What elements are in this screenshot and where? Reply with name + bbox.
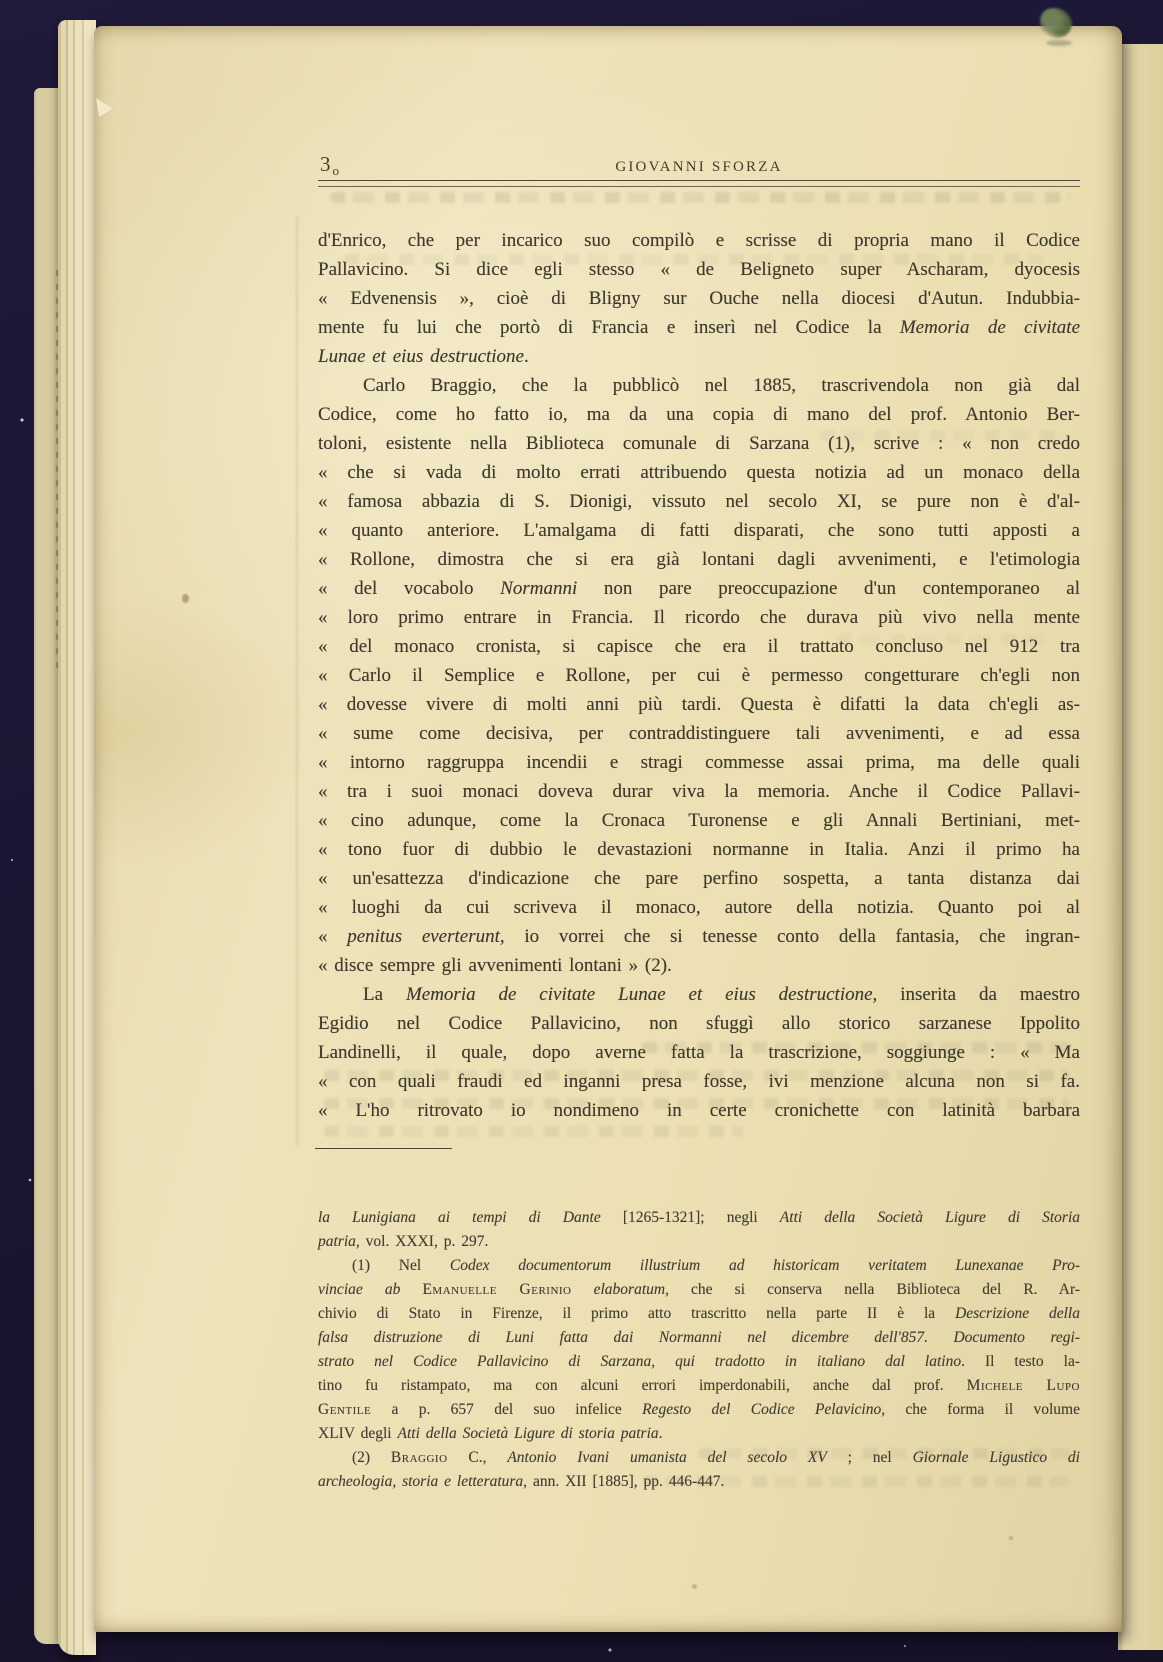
text-line: Carlo Braggio, che la pubblicò nel 1885,… xyxy=(318,371,1080,400)
text-line: strato nel Codice Pallavicino di Sarzana… xyxy=(318,1350,1080,1374)
text-line: d'Enrico, che per incarico suo compilò e… xyxy=(318,226,1080,255)
text-line: « Rollone, dimostra che si era già lonta… xyxy=(318,545,1080,574)
body-text: d'Enrico, che per incarico suo compilò e… xyxy=(318,226,1080,1125)
text-line: Pallavicino. Si dice egli stesso « de Be… xyxy=(318,255,1080,284)
text-line: Lunae et eius destructione. xyxy=(318,342,1080,371)
text-line: Landinelli, il quale, dopo averne fatta … xyxy=(318,1038,1080,1067)
text-line: (1) Nel Codex documentorum illustrium ad… xyxy=(318,1254,1080,1278)
next-page-edge-right xyxy=(1118,44,1163,1650)
text-line: archeologia, storia e letteratura, ann. … xyxy=(318,1470,1080,1494)
text-line: toloni, esistente nella Biblioteca comun… xyxy=(318,429,1080,458)
text-line: « famosa abbazia di S. Dionigi, vissuto … xyxy=(318,487,1080,516)
text-line: « Carlo il Semplice e Rollone, per cui è… xyxy=(318,661,1080,690)
running-title: GIOVANNI SFORZA xyxy=(318,159,1080,176)
text-line: « disce sempre gli avvenimenti lontani »… xyxy=(318,951,1080,980)
text-line: (2) Braggio C., Antonio Ivani umanista d… xyxy=(318,1446,1080,1470)
text-line: « penitus everterunt, io vorrei che si t… xyxy=(318,922,1080,951)
text-line: mente fu lui che portò di Francia e inse… xyxy=(318,313,1080,342)
text-line: « intorno raggruppa incendii e stragi co… xyxy=(318,748,1080,777)
text-line: patria, vol. XXXI, p. 297. xyxy=(318,1230,1080,1254)
text-line: « quanto anteriore. L'amalgama di fatti … xyxy=(318,516,1080,545)
dog-ear xyxy=(96,98,113,117)
text-line: vinciae ab Emanuelle Gerinio elaboratum,… xyxy=(318,1278,1080,1302)
text-line: Codice, come ho fatto io, ma da una copi… xyxy=(318,400,1080,429)
text-line: Egidio nel Codice Pallavicino, non sfugg… xyxy=(318,1009,1080,1038)
text-line: « dovesse vivere di molti anni più tardi… xyxy=(318,690,1080,719)
bleed-through-mark xyxy=(330,192,1070,203)
page-edge-stack-left xyxy=(58,20,96,1655)
page-header: 3o GIOVANNI SFORZA xyxy=(318,150,1080,184)
text-line: la Lunigiana ai tempi di Dante [1265-132… xyxy=(318,1206,1080,1230)
book-page: 3o GIOVANNI SFORZA d'Enrico, che per inc… xyxy=(94,26,1122,1632)
text-line: La Memoria de civitate Lunae et eius des… xyxy=(318,980,1080,1009)
bleed-through-mark xyxy=(324,1126,744,1137)
text-line: « tra i suoi monaci doveva durar viva la… xyxy=(318,777,1080,806)
green-stain xyxy=(1040,8,1072,38)
text-line: « un'esattezza d'indicazione che pare pe… xyxy=(318,864,1080,893)
text-line: XLIV degli Atti della Società Ligure di … xyxy=(318,1422,1080,1446)
book-scan: 3o GIOVANNI SFORZA d'Enrico, che per inc… xyxy=(0,0,1163,1662)
footnote-text: la Lunigiana ai tempi di Dante [1265-132… xyxy=(318,1206,1080,1494)
text-line: « del monaco cronista, si capisce che er… xyxy=(318,632,1080,661)
fox-spot xyxy=(182,594,189,603)
green-stain-shadow xyxy=(1046,40,1072,46)
text-line: tino fu ristampato, ma con alcuni errori… xyxy=(318,1374,1080,1398)
text-line: « Edvenensis », cioè di Bligny sur Ouche… xyxy=(318,284,1080,313)
text-line: « L'ho ritrovato io nondimeno in certe c… xyxy=(318,1096,1080,1125)
text-line: « del vocabolo Normanni non pare preoccu… xyxy=(318,574,1080,603)
text-line: « con quali fraudi ed inganni presa foss… xyxy=(318,1067,1080,1096)
text-line: chivio di Stato in Firenze, il primo att… xyxy=(318,1302,1080,1326)
text-line: « loro primo entrare in Francia. Il rico… xyxy=(318,603,1080,632)
fox-spot xyxy=(692,1584,697,1589)
crease-line xyxy=(296,216,298,1146)
text-line: « cino adunque, come la Cronaca Turonens… xyxy=(318,806,1080,835)
text-line: falsa distruzione di Luni fatta dai Norm… xyxy=(318,1326,1080,1350)
text-line: Gentile a p. 657 del suo infelice Regest… xyxy=(318,1398,1080,1422)
text-line: « sume come decisiva, per contraddisting… xyxy=(318,719,1080,748)
text-line: « luoghi da cui scriveva il monaco, auto… xyxy=(318,893,1080,922)
header-rule xyxy=(318,180,1080,187)
fox-spot xyxy=(1009,1536,1013,1540)
footnote-separator xyxy=(315,1148,452,1149)
text-line: « tono fuor di dubbio le devastazioni no… xyxy=(318,835,1080,864)
text-line: « che si vada di molto errati attribuend… xyxy=(318,458,1080,487)
